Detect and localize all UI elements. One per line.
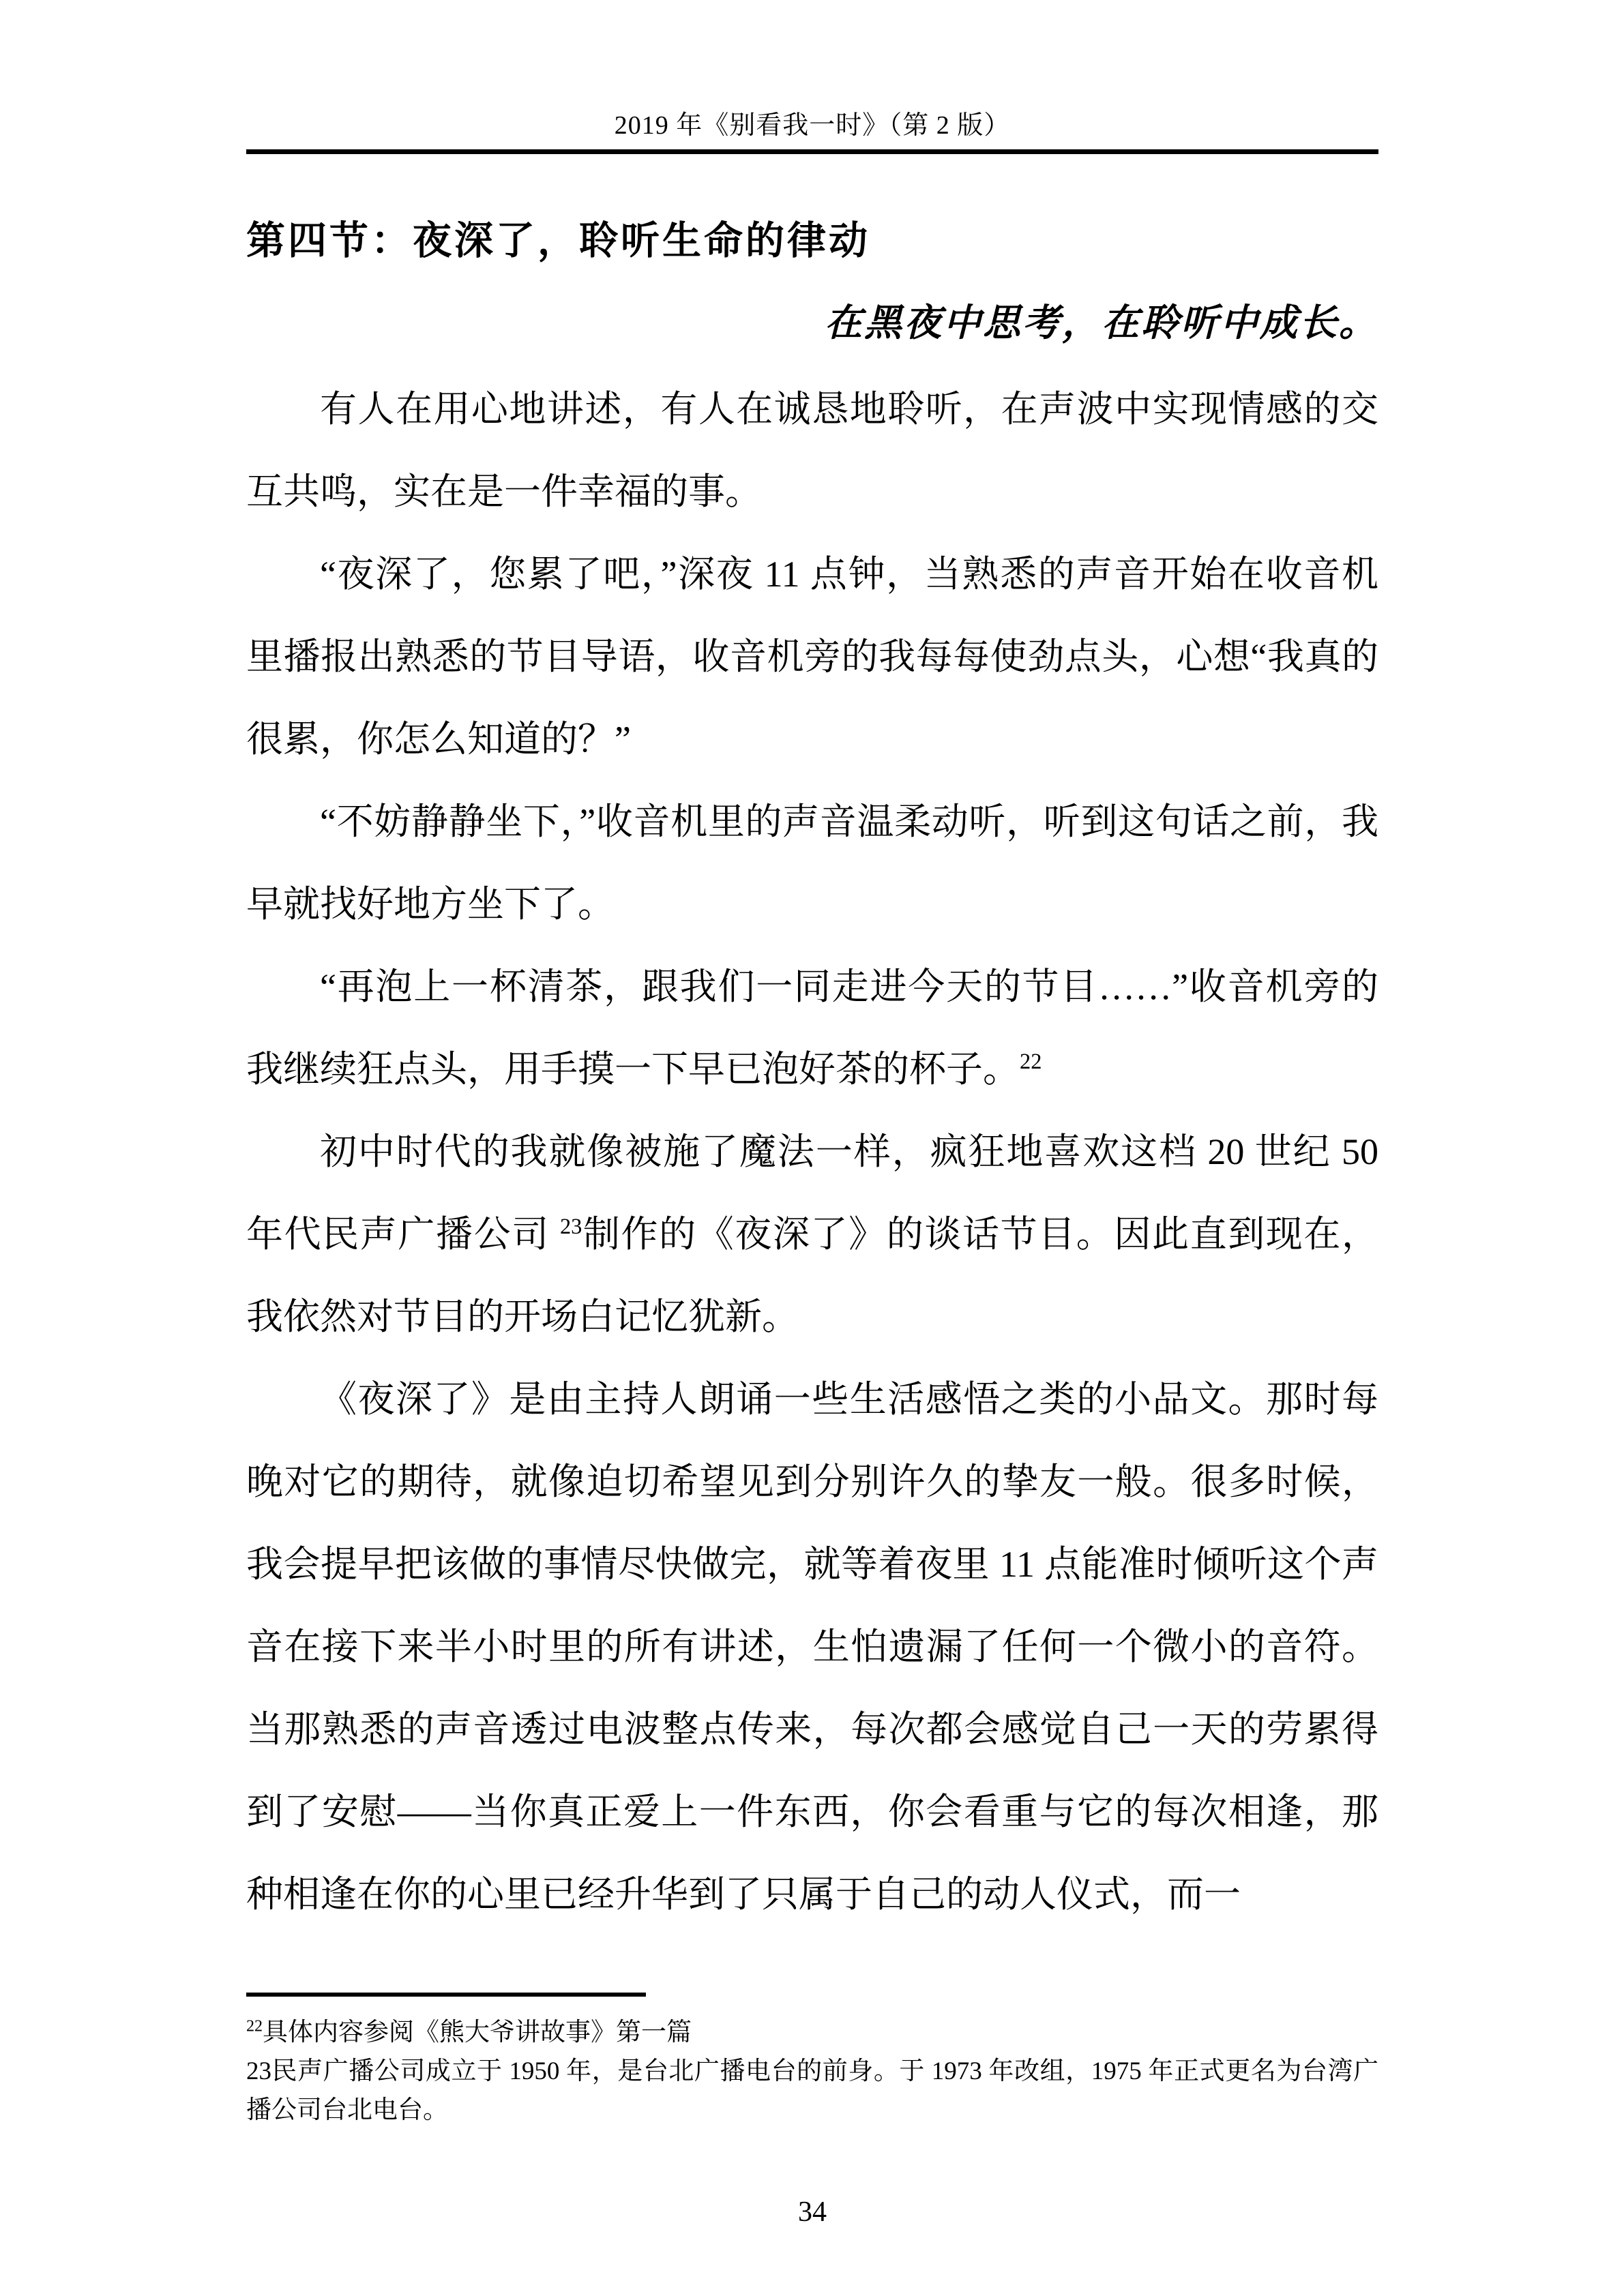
paragraph: “再泡上一杯清茶，跟我们一同走进今天的节目……”收音机旁的我继续狂点头，用手摸一… <box>246 946 1378 1111</box>
footnote-marker: 22 <box>246 2018 263 2036</box>
footnote: 23民声广播公司成立于 1950 年，是台北广播电台的前身。于 1973 年改组… <box>246 2052 1378 2130</box>
paragraph: 有人在用心地讲述，有人在诚恳地聆听，在声波中实现情感的交互共鸣，实在是一件幸福的… <box>246 368 1378 533</box>
footnotes: 22具体内容参阅《熊大爷讲故事》第一篇23民声广播公司成立于 1950 年，是台… <box>246 2013 1378 2130</box>
footnote-separator <box>246 1993 646 1997</box>
document-page: 2019 年《别看我一时》（第 2 版） 第四节：夜深了，聆听生命的律动 在黑夜… <box>0 0 1624 2296</box>
paragraph: 《夜深了》是由主持人朗诵一些生活感悟之类的小品文。那时每晚对它的期待，就像迫切希… <box>246 1358 1378 1936</box>
body-paragraphs: 有人在用心地讲述，有人在诚恳地聆听，在声波中实现情感的交互共鸣，实在是一件幸福的… <box>246 368 1378 1936</box>
paragraph: “不妨静静坐下，”收音机里的声音温柔动听，听到这句话之前，我早就找好地方坐下了。 <box>246 781 1378 946</box>
header-rule <box>246 149 1378 154</box>
page-number: 34 <box>246 2194 1378 2230</box>
epigraph: 在黑夜中思考，在聆听中成长。 <box>246 299 1378 348</box>
footnote: 22具体内容参阅《熊大爷讲故事》第一篇 <box>246 2013 1378 2052</box>
paragraph: “夜深了，您累了吧，”深夜 11 点钟，当熟悉的声音开始在收音机里播报出熟悉的节… <box>246 533 1378 781</box>
page-header: 2019 年《别看我一时》（第 2 版） <box>246 109 1378 142</box>
footnote-reference: 22 <box>1020 1049 1042 1074</box>
footnote-reference: 23 <box>560 1214 582 1239</box>
page-header-text: 2019 年《别看我一时》（第 2 版） <box>615 111 1011 140</box>
paragraph: 初中时代的我就像被施了魔法一样，疯狂地喜欢这档 20 世纪 50 年代民声广播公… <box>246 1111 1378 1358</box>
footnote-marker: 23 <box>246 2057 271 2085</box>
section-title: 第四节：夜深了，聆听生命的律动 <box>246 217 1378 266</box>
